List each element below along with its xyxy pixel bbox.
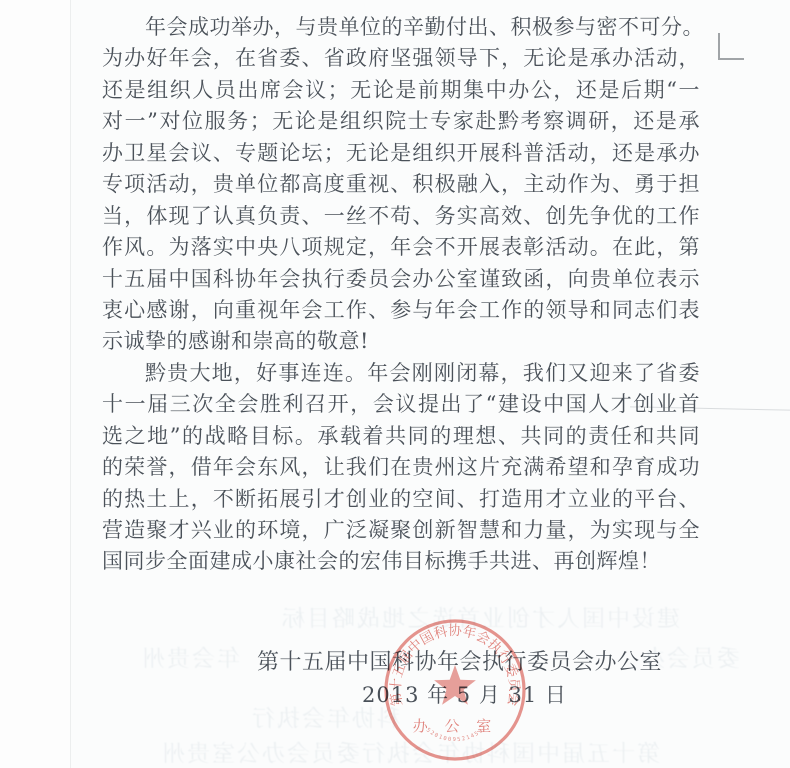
official-seal-stamp: 第十五届中国科协年会执行委员会 办 公 室 5201009521453 [380,615,530,765]
body-text-line: 还是组织人员出席会议；无论是前期集中办公，还是后期“一 [102,75,700,106]
scan-edge [0,0,71,768]
body-text-line: 选之地”的战略目标。承载着共同的理想、共同的责任和共同 [102,421,700,452]
corner-crop-mark [718,33,744,60]
body-text-line: 国同步全面建成小康社会的宏伟目标携手共进、再创辉煌！ [102,546,700,577]
body-text-line: 的荣誉，借年会东风，让我们在贵州这片充满希望和孕育成功 [102,452,700,483]
body-text-line: 作风。为落实中央八项规定，年会不开展表彰活动。在此，第 [102,232,700,263]
body-text-line: 办卫星会议、专题论坛；无论是组织开展科普活动，还是承办 [102,138,700,169]
body-text-line: 衷心感谢，向重视年会工作、参与年会工作的领导和同志们表 [102,295,700,326]
body-text-line: 为办好年会，在省委、省政府坚强领导下，无论是承办活动， [102,43,700,74]
body-text-line: 十一届三次全会胜利召开，会议提出了“建设中国人才创业首 [102,389,700,420]
seal-star-icon [434,665,476,705]
body-text-line: 当，体现了认真负责、一丝不苟、务实高效、创先争优的工作 [102,201,700,232]
scanned-letter-page: 建设中国人才创业首选之地战略目标 年会贵州 委员会办 科协年会执行 第十五届中国… [0,0,790,768]
body-text-line: 营造聚才兴业的环境，广泛凝聚创新智慧和力量，为实现与全 [102,515,700,546]
body-text-line: 十五届中国科协年会执行委员会办公室谨致函，向贵单位表示 [102,264,700,295]
body-text-line: 对一”对位服务；无论是组织院士专家赴黔考察调研，还是承 [102,106,700,137]
body-text-line: 黔贵大地，好事连连。年会刚刚闭幕，我们又迎来了省委 [102,358,700,389]
body-text-line: 示诚挚的感谢和崇高的敬意! [102,326,700,357]
body-text-line: 年会成功举办，与贵单位的辛勤付出、积极参与密不可分。 [102,12,700,43]
body-text-line: 专项活动，贵单位都高度重视、积极融入，主动作为、勇于担 [102,169,700,200]
body-text-line: 的热土上，不断拓展引才创业的空间、打造用才立业的平台、 [102,484,700,515]
letter-body: 年会成功举办，与贵单位的辛勤付出、积极参与密不可分。 为办好年会，在省委、省政府… [102,12,700,578]
bleedthrough-ghost-text: 年会贵州 [90,640,240,668]
